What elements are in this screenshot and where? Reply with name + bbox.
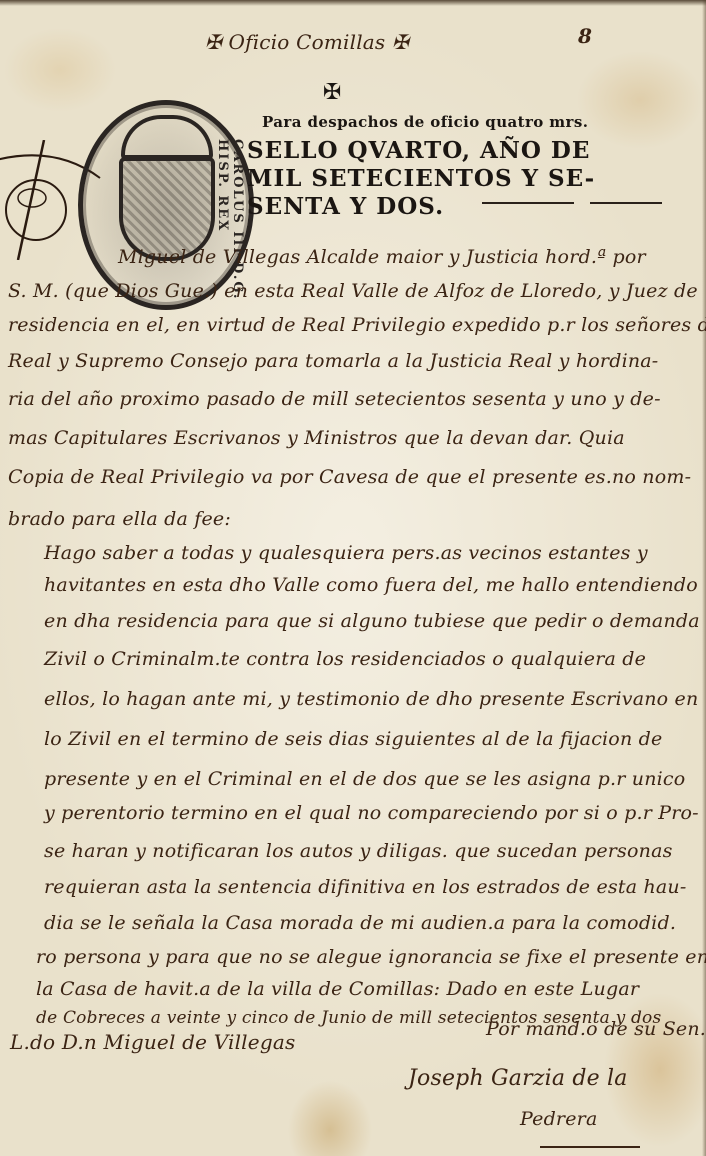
body-line: Copia de Real Privilegio va por Cavesa d… <box>8 466 691 488</box>
signature-alcalde: L.do D.n Miguel de Villegas <box>10 1030 295 1054</box>
stamp-heading: SELLO QVARTO, AÑO DE MIL SETECIENTOS Y S… <box>247 137 667 221</box>
stamp-underline <box>590 202 662 204</box>
page-top-edge <box>0 0 706 6</box>
body-line: ellos, lo hagan ante mi, y testimonio de… <box>44 688 698 710</box>
body-line: y perentorio termino en el qual no compa… <box>44 802 699 824</box>
body-line: se haran y notificaran los autos y dilig… <box>44 840 673 862</box>
stamp-underline <box>482 202 574 204</box>
body-line: Miguel de Villegas Alcalde maior y Justi… <box>118 246 646 268</box>
folio-number: 8 <box>578 24 592 48</box>
body-line: residencia en el, en virtud de Real Priv… <box>8 314 706 336</box>
body-line: en dha residencia para que si alguno tub… <box>44 610 700 632</box>
royal-seal-stamp: CAROLUS III D.G. HISP. REX <box>78 100 254 310</box>
crown-icon <box>121 115 213 161</box>
stamp-tax-line: Para despachos de oficio quatro mrs. <box>262 113 588 131</box>
stamp-heading-line: SENTA Y DOS. <box>247 193 667 221</box>
signature-escribano-surname: Pedrera <box>520 1108 597 1130</box>
signature-flourish <box>540 1146 640 1148</box>
body-line: lo Zivil en el termino de seis dias sigu… <box>44 728 662 750</box>
body-line: Real y Supremo Consejo para tomarla a la… <box>8 350 658 372</box>
body-line: requieran asta la sentencia difinitiva e… <box>44 876 687 898</box>
stamp-heading-line: SELLO QVARTO, AÑO DE <box>247 137 667 165</box>
body-line: ria del año proximo pasado de mill setec… <box>8 388 661 410</box>
page-right-edge <box>702 0 706 1156</box>
body-line: mas Capitulares Escrivanos y Ministros q… <box>8 427 625 449</box>
body-line: la Casa de havit.a de la villa de Comill… <box>36 978 639 1000</box>
body-line: Zivil o Criminalm.te contra los residenc… <box>44 648 646 670</box>
body-line: Hago saber a todas y qualesquiera pers.a… <box>44 542 648 564</box>
signature-escribano: Joseph Garzia de la <box>408 1066 628 1091</box>
body-line: brado para ella da fee: <box>8 508 231 530</box>
manuscript-page: ✠ Oficio Comillas ✠ 8 CAROLUS III D.G. H… <box>0 0 706 1156</box>
body-line: dia se le señala la Casa morada de mi au… <box>44 912 676 934</box>
header-annotation: ✠ Oficio Comillas ✠ <box>205 30 409 54</box>
cross-icon: ✠ <box>323 80 341 105</box>
body-line: S. M. (que Dios Gue.) en esta Real Valle… <box>8 280 698 302</box>
signature-mandate-line: Por mand.o de su Sen.a <box>486 1018 706 1040</box>
body-line: ro persona y para que no se alegue ignor… <box>36 946 706 968</box>
body-line: havitantes en esta dho Valle como fuera … <box>44 574 698 596</box>
body-line: presente y en el Criminal en el de dos q… <box>44 768 685 790</box>
stamp-heading-line: MIL SETECIENTOS Y SE- <box>247 165 667 193</box>
